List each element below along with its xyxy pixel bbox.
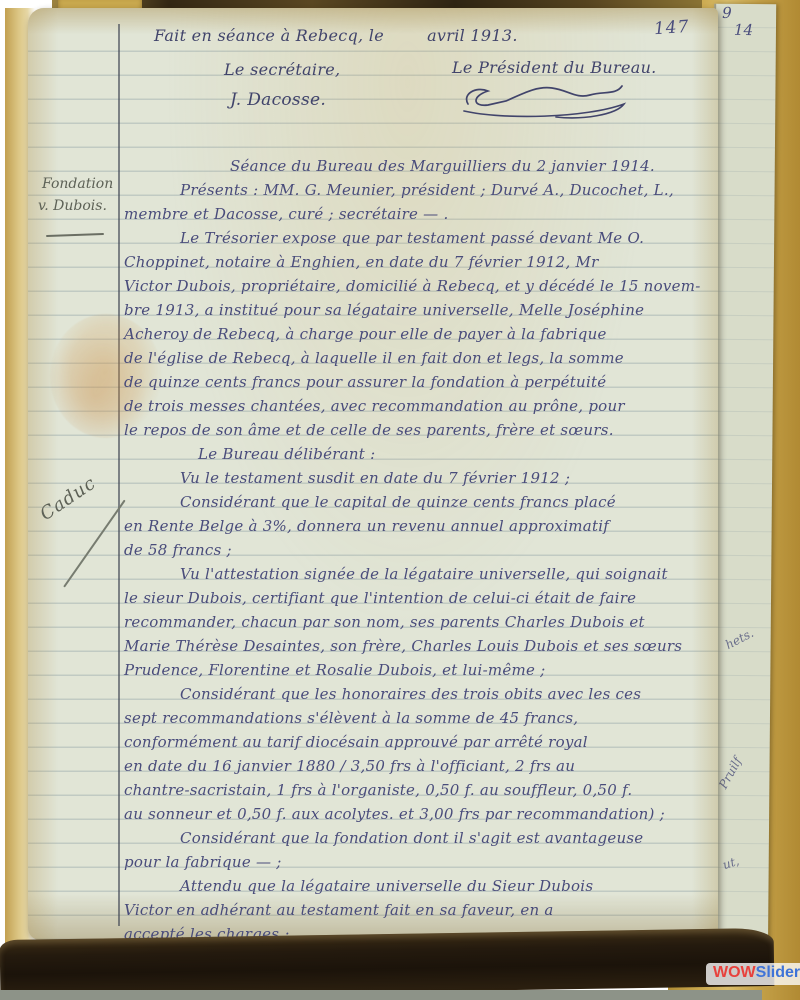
book-page-block-edge [0, 928, 774, 998]
underpage-number: 14 [734, 21, 753, 39]
manuscript-line: de quinze cents francs pour assurer la f… [124, 370, 716, 394]
margin-note-fondation: Fondation [42, 176, 113, 192]
closing-date-line: Fait en séance à Rebecq, le avril 1913. [154, 26, 518, 45]
table-surface [0, 990, 762, 1000]
manuscript-line: Le Trésorier expose que par testament pa… [124, 226, 716, 250]
margin-note-dubois: v. Dubois. [38, 198, 107, 214]
page-number: 147 [653, 17, 690, 39]
underpage-number: 9 [722, 4, 732, 22]
manuscript-line: recommander, chacun par son nom, ses par… [124, 610, 716, 634]
manuscript-line: de 58 francs ; [124, 538, 716, 562]
manuscript-line: Victor en adhérant au testament fait en … [124, 898, 716, 922]
manuscript-line: en date du 16 janvier 1880 / 3,50 frs à … [124, 754, 716, 778]
manuscript-line: Prudence, Florentine et Rosalie Dubois, … [124, 658, 716, 682]
manuscript-line: au sonneur et 0,50 f. aux acolytes. et 3… [124, 802, 716, 826]
manuscript-line: Vu l'attestation signée de la légataire … [124, 562, 716, 586]
manuscript-line: Vu le testament susdit en date du 7 févr… [124, 466, 716, 490]
manuscript-line: Marie Thérèse Desaintes, son frère, Char… [124, 634, 716, 658]
ink-fragment: hets. [723, 626, 756, 652]
scanned-register-photo: 9 14 hets. Pruilf ut, 147 Fait en séance… [0, 0, 800, 1000]
president-signature-flourish [460, 76, 630, 120]
manuscript-line: bre 1913, a institué pour sa légataire u… [124, 298, 716, 322]
margin-rule-line [118, 24, 120, 926]
manuscript-line: Présents : MM. G. Meunier, président ; D… [124, 178, 716, 202]
manuscript-line: le repos de son âme et de celle de ses p… [124, 418, 716, 442]
manuscript-line: chantre-sacristain, 1 frs à l'organiste,… [124, 778, 716, 802]
manuscript-line: Choppinet, notaire à Enghien, en date du… [124, 250, 716, 274]
wowslider-wow-text: WOW [713, 964, 756, 981]
manuscript-body: Séance du Bureau des Marguilliers du 2 j… [124, 154, 716, 946]
manuscript-line: sept recommandations s'élèvent à la somm… [124, 706, 716, 730]
manuscript-heading: Séance du Bureau des Marguilliers du 2 j… [124, 154, 716, 178]
president-label: Le Président du Bureau. [452, 58, 657, 77]
wowslider-watermark[interactable]: WOWSlider [706, 963, 800, 985]
manuscript-line: Victor Dubois, propriétaire, domicilié à… [124, 274, 716, 298]
manuscript-line: pour la fabrique — ; [124, 850, 716, 874]
manuscript-line: Considérant que la fondation dont il s'a… [124, 826, 716, 850]
register-page: 147 Fait en séance à Rebecq, le avril 19… [28, 8, 718, 940]
manuscript-line: de l'église de Rebecq, à laquelle il en … [124, 346, 716, 370]
manuscript-line: Acheroy de Rebecq, à charge pour elle de… [124, 322, 716, 346]
manuscript-line: Attendu que la légataire universelle du … [124, 874, 716, 898]
caduc-slash-mark [63, 500, 125, 588]
wowslider-slider-text: Slider [756, 964, 800, 981]
manuscript-line: membre et Dacosse, curé ; secrétaire — . [124, 202, 716, 226]
manuscript-line: le sieur Dubois, certifiant que l'intent… [124, 586, 716, 610]
secretary-signature: J. Dacosse. [230, 90, 326, 110]
manuscript-line: Considérant que les honoraires des trois… [124, 682, 716, 706]
margin-note-caduc: Caduc [36, 473, 100, 525]
manuscript-line: Considérant que le capital de quinze cen… [124, 490, 716, 514]
manuscript-line: Le Bureau délibérant : [124, 442, 716, 466]
margin-note-underline [46, 233, 104, 237]
manuscript-line: de trois messes chantées, avec recommand… [124, 394, 716, 418]
secretary-label: Le secrétaire, [224, 60, 340, 79]
manuscript-line: en Rente Belge à 3%, donnera un revenu a… [124, 514, 716, 538]
manuscript-line: conformément au tarif diocésain approuvé… [124, 730, 716, 754]
ink-fragment: Pruilf [716, 755, 744, 791]
ink-fragment: ut, [721, 854, 741, 872]
